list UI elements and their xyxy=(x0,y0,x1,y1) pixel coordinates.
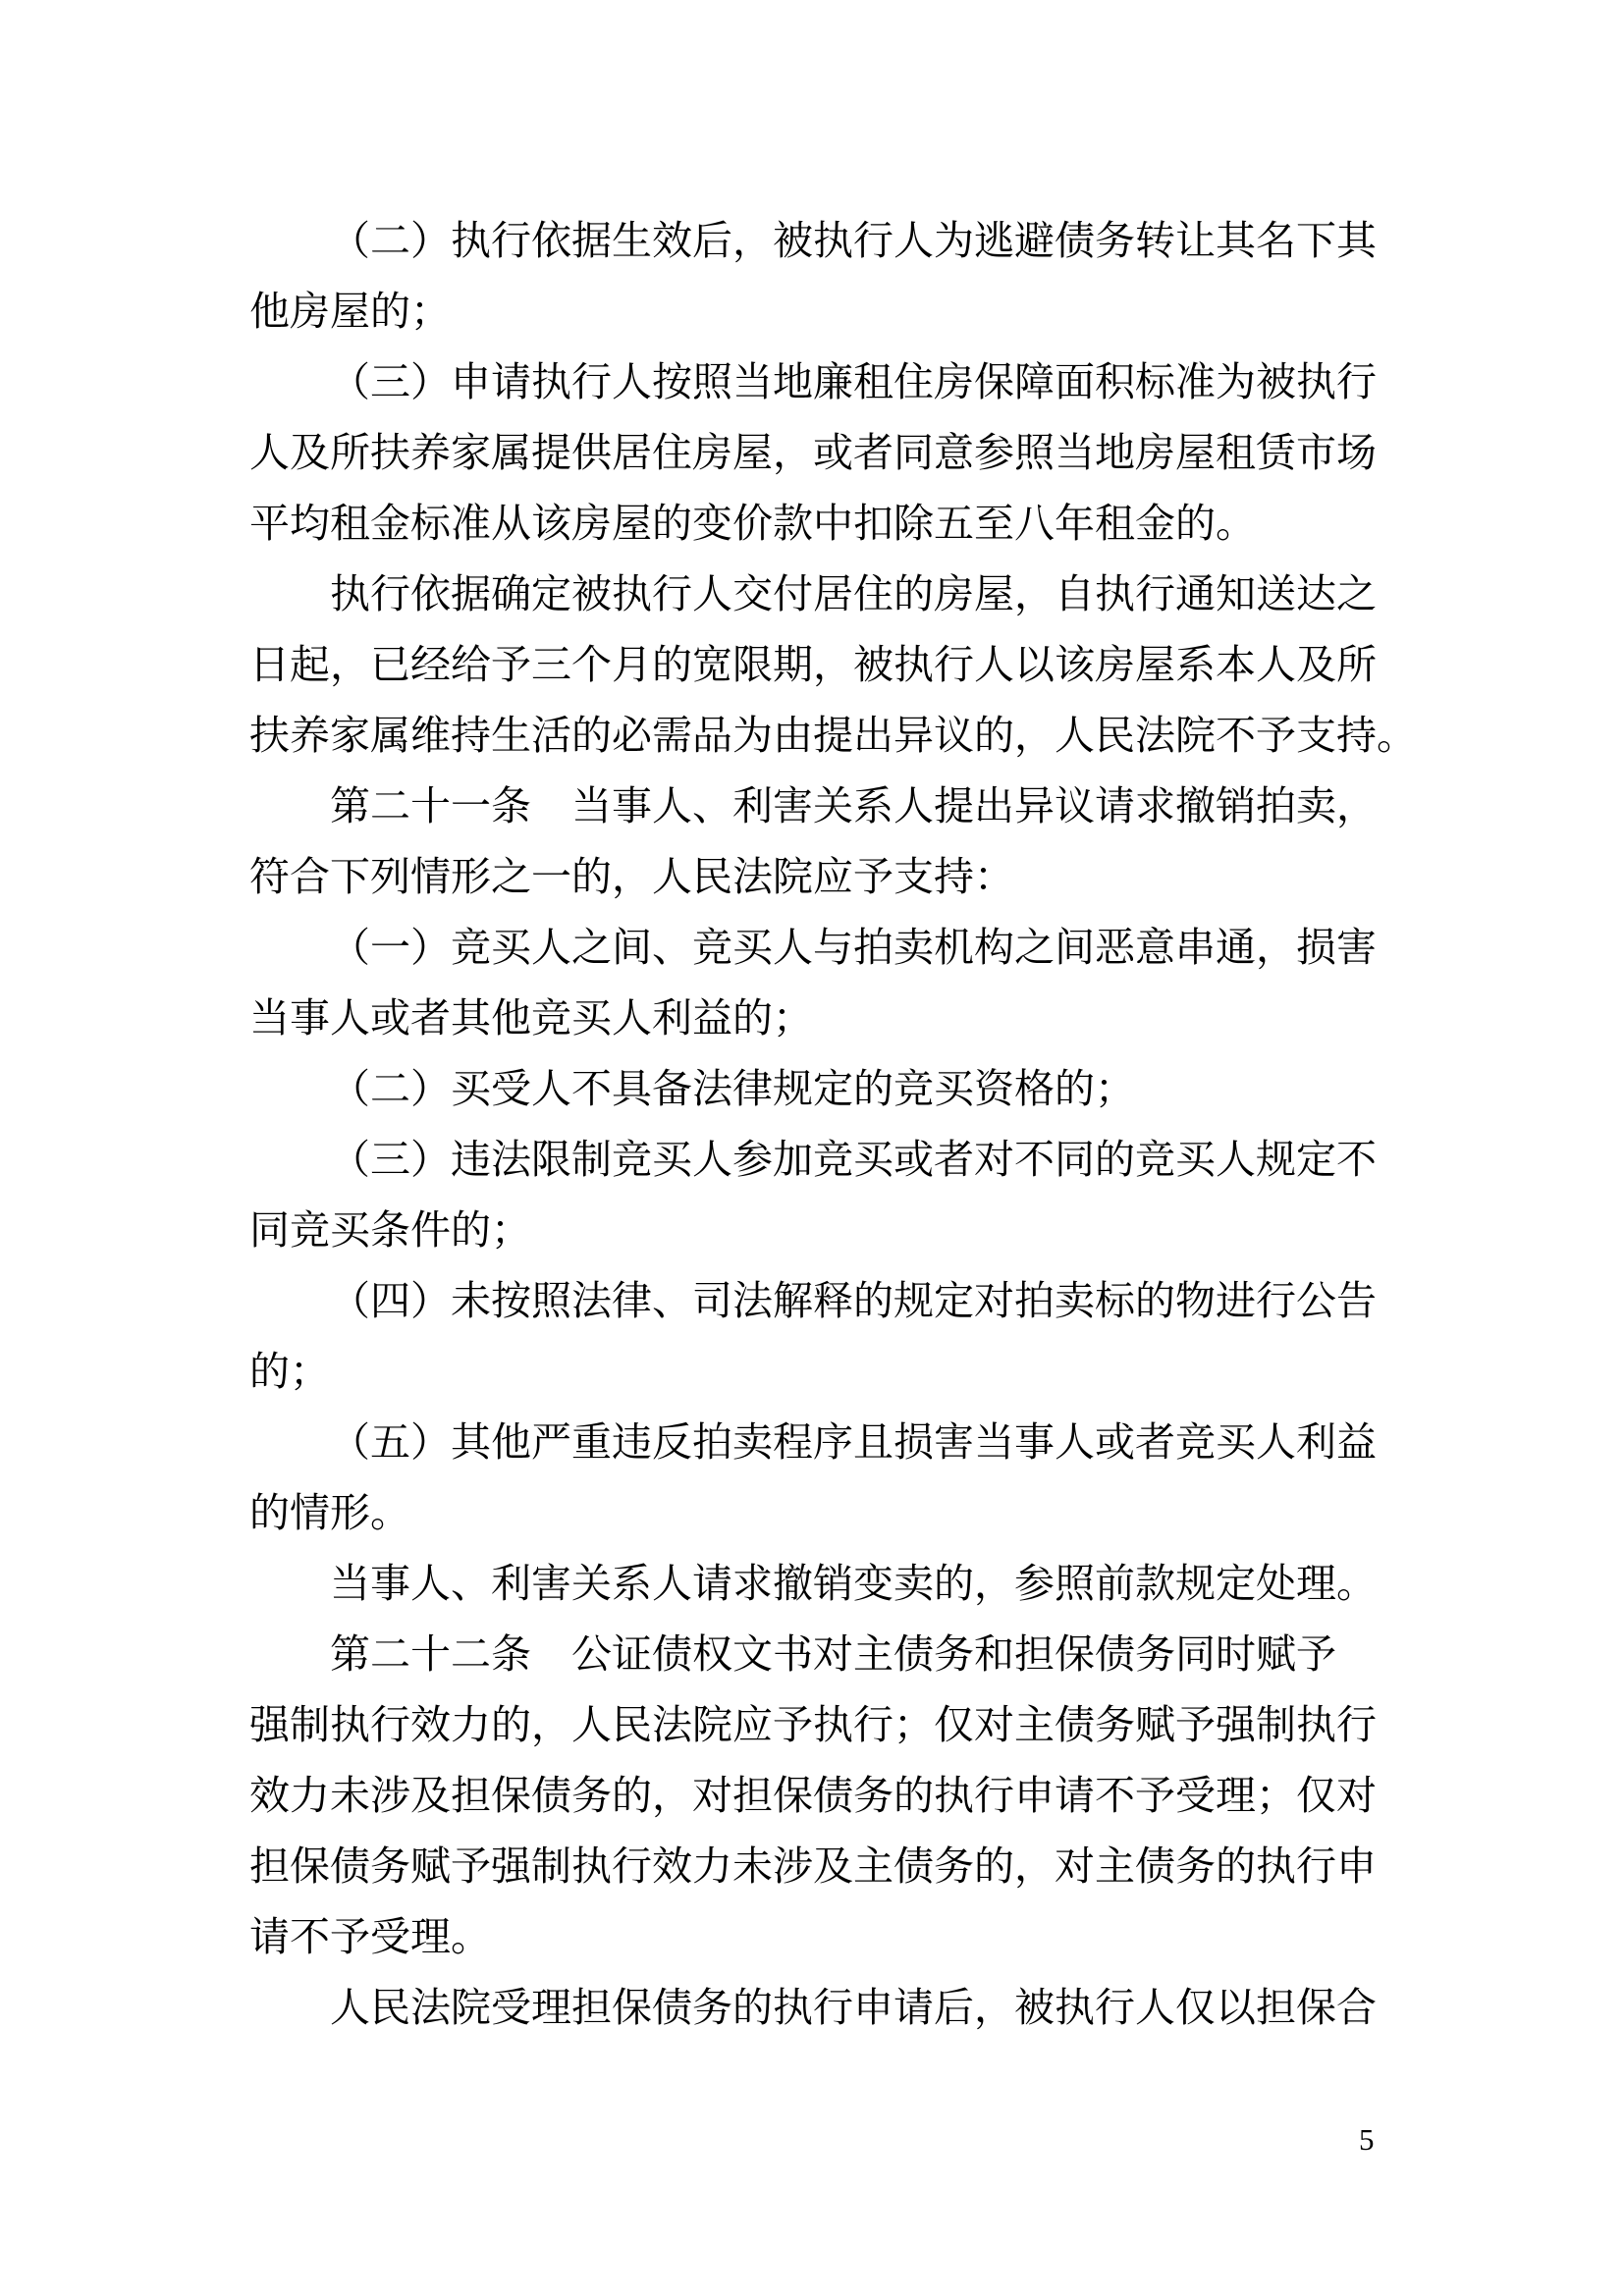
text-line-16: （四）未按照法律、司法解释的规定对拍卖标的物进行公告 xyxy=(249,1265,1388,1336)
text-line-9: 第二十一条 当事人、利害关系人提出异议请求撤销拍卖， xyxy=(249,771,1388,841)
text-line-8: 扶养家属维持生活的必需品为由提出异议的，人民法院不予支持。 xyxy=(249,700,1388,771)
text-line-11: （一）竞买人之间、竞买人与拍卖机构之间恶意串通，损害 xyxy=(249,912,1388,983)
text-line-7: 日起，已经给予三个月的宽限期，被执行人以该房屋系本人及所 xyxy=(249,629,1388,700)
text-line-15: 同竞买条件的； xyxy=(249,1195,1388,1265)
text-line-23: 效力未涉及担保债务的，对担保债务的执行申请不予受理；仅对 xyxy=(249,1760,1388,1831)
page-number: 5 xyxy=(1359,2120,1375,2160)
text-line-21: 第二十二条 公证债权文书对主债务和担保债务同时赋予 xyxy=(249,1619,1388,1689)
text-line-24: 担保债务赋予强制执行效力未涉及主债务的，对主债务的执行申 xyxy=(249,1831,1388,1901)
text-line-4: 人及所扶养家属提供居住房屋，或者同意参照当地房屋租赁市场 xyxy=(249,417,1388,488)
text-line-20: 当事人、利害关系人请求撤销变卖的，参照前款规定处理。 xyxy=(249,1548,1388,1619)
text-lines: （二）执行依据生效后，被执行人为逃避债务转让其名下其他房屋的；（三）申请执行人按… xyxy=(249,205,1388,2043)
text-line-14: （三）违法限制竞买人参加竞买或者对不同的竞买人规定不 xyxy=(249,1124,1388,1195)
document-page: （二）执行依据生效后，被执行人为逃避债务转让其名下其他房屋的；（三）申请执行人按… xyxy=(0,0,1624,2296)
text-line-18: （五）其他严重违反拍卖程序且损害当事人或者竞买人利益 xyxy=(249,1407,1388,1477)
text-line-1: （二）执行依据生效后，被执行人为逃避债务转让其名下其 xyxy=(249,205,1388,276)
text-line-10: 符合下列情形之一的，人民法院应予支持： xyxy=(249,841,1388,912)
text-line-22: 强制执行效力的，人民法院应予执行；仅对主债务赋予强制执行 xyxy=(249,1689,1388,1760)
text-line-25: 请不予受理。 xyxy=(249,1901,1388,1972)
text-line-5: 平均租金标准从该房屋的变价款中扣除五至八年租金的。 xyxy=(249,488,1388,559)
text-line-2: 他房屋的； xyxy=(249,276,1388,347)
text-line-13: （二）买受人不具备法律规定的竞买资格的； xyxy=(249,1053,1388,1124)
text-line-26: 人民法院受理担保债务的执行申请后，被执行人仅以担保合 xyxy=(249,1972,1388,2043)
text-line-3: （三）申请执行人按照当地廉租住房保障面积标准为被执行 xyxy=(249,347,1388,417)
text-line-19: 的情形。 xyxy=(249,1477,1388,1548)
text-line-6: 执行依据确定被执行人交付居住的房屋，自执行通知送达之 xyxy=(249,559,1388,629)
text-line-17: 的； xyxy=(249,1336,1388,1407)
text-line-12: 当事人或者其他竞买人利益的； xyxy=(249,983,1388,1053)
